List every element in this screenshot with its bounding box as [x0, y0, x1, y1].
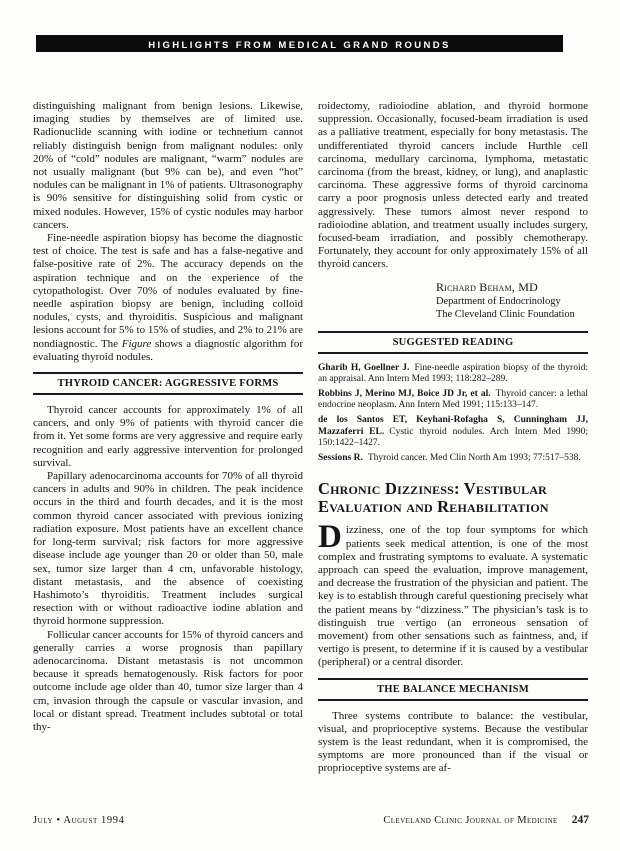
drop-cap: D	[318, 524, 346, 550]
footer-page-number: 247	[572, 814, 589, 826]
author-name: Richard Beham, MD	[436, 281, 588, 294]
reference-list: Gharib H, Goellner J.Fine-needle aspirat…	[318, 363, 588, 465]
section-header-thyroid-cancer: THYROID CANCER: AGGRESSIVE FORMS	[33, 372, 303, 395]
paragraph-text: Fine-needle aspiration biopsy has become…	[33, 232, 303, 350]
reference-authors: Sessions R.	[318, 453, 368, 463]
reference-item: de los Santos ET, Keyhani-Rofagha S, Cun…	[318, 415, 588, 450]
two-column-body: distinguishing malignant from benign les…	[33, 100, 588, 776]
section-header-suggested-reading: SUGGESTED READING	[318, 331, 588, 354]
paragraph-follicular: Follicular cancer accounts for 15% of th…	[33, 629, 303, 735]
journal-page: HIGHLIGHTS FROM MEDICAL GRAND ROUNDS dis…	[0, 0, 620, 851]
paragraph-dizziness-intro: Dizziness, one of the top four symptoms …	[318, 524, 588, 669]
reference-item: Gharib H, Goellner J.Fine-needle aspirat…	[318, 363, 588, 386]
author-department: Department of Endocrinology	[436, 295, 588, 308]
article-title-line: Chronic Dizziness: Vestibular	[318, 480, 588, 498]
paragraph-cancer-overview: Thyroid cancer accounts for approximatel…	[33, 404, 303, 470]
reference-item: Sessions R.Thyroid cancer. Med Clin Nort…	[318, 453, 588, 465]
reference-item: Robbins J, Merino MJ, Boice JD Jr, et al…	[318, 389, 588, 412]
right-column: roidectomy, radioiodine ablation, and th…	[318, 100, 588, 776]
section-header-label: THE BALANCE MECHANISM	[377, 684, 529, 695]
reference-authors: Gharib H, Goellner J.	[318, 363, 414, 373]
footer-journal-block: Cleveland Clinic Journal of Medicine247	[383, 810, 589, 828]
section-banner: HIGHLIGHTS FROM MEDICAL GRAND ROUNDS	[36, 35, 563, 52]
section-header-label: SUGGESTED READING	[393, 337, 514, 348]
paragraph-undifferentiated: roidectomy, radioiodine ablation, and th…	[318, 100, 588, 272]
reference-text: Thyroid cancer. Med Clin North Am 1993; …	[368, 453, 581, 463]
banner-title: HIGHLIGHTS FROM MEDICAL GRAND ROUNDS	[148, 37, 451, 54]
paragraph-papillary: Papillary adenocarcinoma accounts for 70…	[33, 470, 303, 628]
paragraph-balance-systems: Three systems contribute to balance: the…	[318, 710, 588, 776]
figure-reference: Figure	[122, 338, 152, 350]
paragraph-text: izziness, one of the top four symptoms f…	[318, 524, 588, 668]
article-title-chronic-dizziness: Chronic Dizziness: Vestibular Evaluation…	[318, 480, 588, 515]
section-header-balance-mechanism: THE BALANCE MECHANISM	[318, 678, 588, 701]
author-byline: Richard Beham, MD Department of Endocrin…	[436, 281, 588, 321]
paragraph-nodule-imaging: distinguishing malignant from benign les…	[33, 100, 303, 232]
author-affiliation: The Cleveland Clinic Foundation	[436, 308, 588, 321]
reference-authors: Robbins J, Merino MJ, Boice JD Jr, et al…	[318, 389, 496, 399]
paragraph-fna-biopsy: Fine-needle aspiration biopsy has become…	[33, 232, 303, 364]
footer-journal-name: Cleveland Clinic Journal of Medicine	[383, 815, 557, 826]
left-column: distinguishing malignant from benign les…	[33, 100, 303, 776]
section-header-label: THYROID CANCER: AGGRESSIVE FORMS	[58, 378, 279, 389]
article-title-line: Evaluation and Rehabilitation	[318, 498, 588, 516]
footer-issue-date: July • August 1994	[33, 815, 124, 826]
page-footer: July • August 1994 Cleveland Clinic Jour…	[33, 810, 589, 828]
